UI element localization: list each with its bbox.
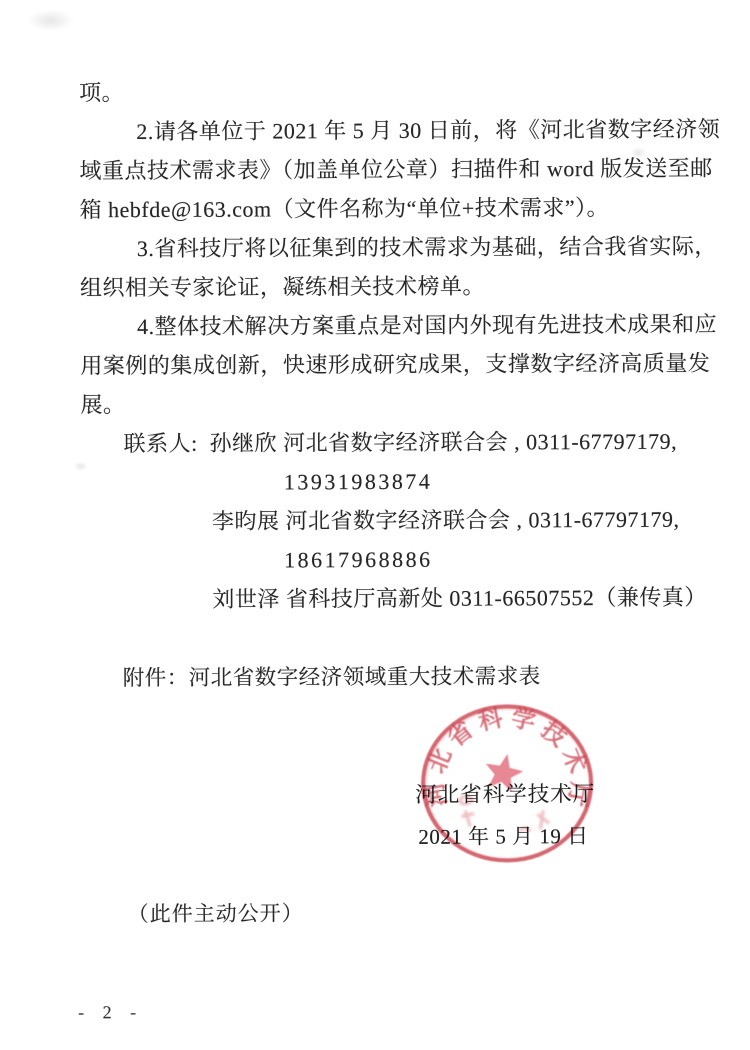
line-text: 18617968886 <box>284 547 433 573</box>
official-seal: 河北省科学技术厅 <box>419 702 596 865</box>
line-text: 刘世泽 省科技厅高新处 0311-66507552（兼传真） <box>212 585 707 612</box>
page-number: - 2 - <box>78 997 143 1027</box>
text-line: 2.请各单位于 2021 年 5 月 30 日前，将《河北省数字经济领 <box>136 109 748 151</box>
document-content: 项。 2.请各单位于 2021 年 5 月 30 日前，将《河北省数字经济领 域… <box>0 0 750 1050</box>
text-line: 李昀展 河北省数字经济联合会 , 0311-67797179, <box>212 499 750 540</box>
seal-faint-marks <box>459 796 549 832</box>
scanned-document-page: 项。 2.请各单位于 2021 年 5 月 30 日前，将《河北省数字经济领 域… <box>0 0 750 1050</box>
disclosure-note: （此件主动公开） <box>128 894 304 934</box>
line-text: 2.请各单位于 2021 年 5 月 30 日前，将《河北省数字经济领 <box>136 116 720 144</box>
line-label: 联系人: <box>124 424 210 463</box>
line-text: 项。 <box>79 80 124 105</box>
text-line: 3.省科技厅将以征集到的技术需求为基础，结合我省实际， <box>137 226 749 268</box>
line-text: 展。 <box>80 392 125 417</box>
text-line: 18617968886 <box>284 538 750 579</box>
attachment-title: 河北省数字经济领域重大技术需求表 <box>189 664 541 690</box>
line-text: 4.整体技术解决方案重点是对国内外现有先进技术成果和应 <box>137 312 717 340</box>
text-line: 箱 hebfde@163.com（文件名称为“单位+技术需求”）。 <box>80 187 749 229</box>
text-line: 项。 <box>79 70 748 112</box>
line-text: 李昀展 河北省数字经济联合会 , 0311-67797179, <box>212 507 680 534</box>
text-line: 组织相关专家论证，凝练相关技术榜单。 <box>80 265 749 307</box>
line-text: 组织相关专家论证，凝练相关技术榜单。 <box>80 274 485 301</box>
text-line: 刘世泽 省科技厅高新处 0311-66507552（兼传真） <box>212 577 750 618</box>
text-line: 联系人:孙继欣 河北省数字经济联合会 , 0311-67797179, <box>124 421 750 463</box>
text-line: 展。 <box>80 382 749 424</box>
line-text: 13931983874 <box>284 469 433 495</box>
line-text: 3.省科技厅将以征集到的技术需求为基础，结合我省实际， <box>137 234 717 262</box>
line-text: 孙继欣 河北省数字经济联合会 , 0311-67797179, <box>210 429 678 456</box>
text-line: 13931983874 <box>284 460 750 501</box>
document-body: 项。 2.请各单位于 2021 年 5 月 30 日前，将《河北省数字经济领 域… <box>0 70 750 619</box>
text-line: 4.整体技术解决方案重点是对国内外现有先进技术成果和应 <box>137 304 749 346</box>
line-text: 域重点技术需求表》（加盖单位公章）扫描件和 word 版发送至邮 <box>79 156 712 184</box>
attachment-label: 附件： <box>123 666 189 690</box>
line-text: 用案例的集成创新，快速形成研究成果，支撑数字经济高质量发 <box>80 351 710 379</box>
attachment-line: 附件：河北省数字经济领域重大技术需求表 <box>123 657 541 698</box>
text-line: 用案例的集成创新，快速形成研究成果，支撑数字经济高质量发 <box>80 343 749 385</box>
text-line: 域重点技术需求表》（加盖单位公章）扫描件和 word 版发送至邮 <box>79 148 748 190</box>
scan-smudge <box>28 9 74 31</box>
line-text: 箱 hebfde@163.com（文件名称为“单位+技术需求”）。 <box>80 195 610 222</box>
